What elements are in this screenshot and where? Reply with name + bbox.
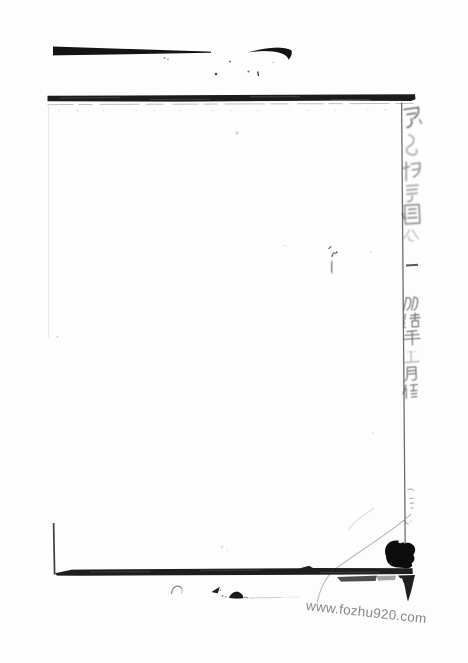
ink-smear-below-band-2 [377, 576, 396, 581]
bottom-center-smudges [172, 586, 301, 598]
date-char-5-glyph [405, 367, 416, 381]
title-characters-glyphs [403, 108, 422, 241]
date-char-1-glyph [404, 297, 418, 310]
right-frame-line [402, 103, 406, 570]
title-char-5-glyph [403, 205, 421, 225]
date-char-2-glyph [404, 313, 421, 328]
title-char-2-glyph [407, 135, 417, 155]
ink-blob-notch [398, 540, 402, 543]
title-char-1-glyph [404, 108, 422, 128]
title-char-4-glyph [407, 185, 419, 202]
volume-mark-glyph [406, 265, 418, 266]
date-char-4-glyph [405, 351, 419, 362]
ink-blob-stain [385, 540, 415, 568]
top-ink-specks [164, 57, 274, 76]
center-ink-smudge [329, 246, 338, 274]
left-short-frame-line [54, 523, 55, 575]
title-char-small-glyph [404, 230, 419, 241]
faint-dots [57, 130, 374, 434]
top-ink-hook-stroke [248, 48, 292, 60]
scan-artifact-layer [0, 0, 468, 663]
date-char-6-glyph [403, 384, 418, 398]
under-band-speckle-row [58, 110, 402, 111]
under-band-thin-line [48, 103, 416, 104]
ink-streak-notch [399, 578, 403, 584]
date-char-3-glyph [404, 331, 420, 345]
bottom-faint-cross [220, 545, 228, 551]
top-ink-wedge-stroke [53, 47, 211, 56]
scratch-line-branch [348, 508, 374, 531]
scanned-genealogy-page: 尋 乙 坊 言 圖 分 一 光 緒 年 正 月 修 www.fozhu920.c… [0, 0, 468, 663]
date-characters-glyphs [403, 297, 420, 399]
title-char-3-glyph [403, 162, 420, 181]
ink-smear-below-band-1 [337, 576, 377, 582]
